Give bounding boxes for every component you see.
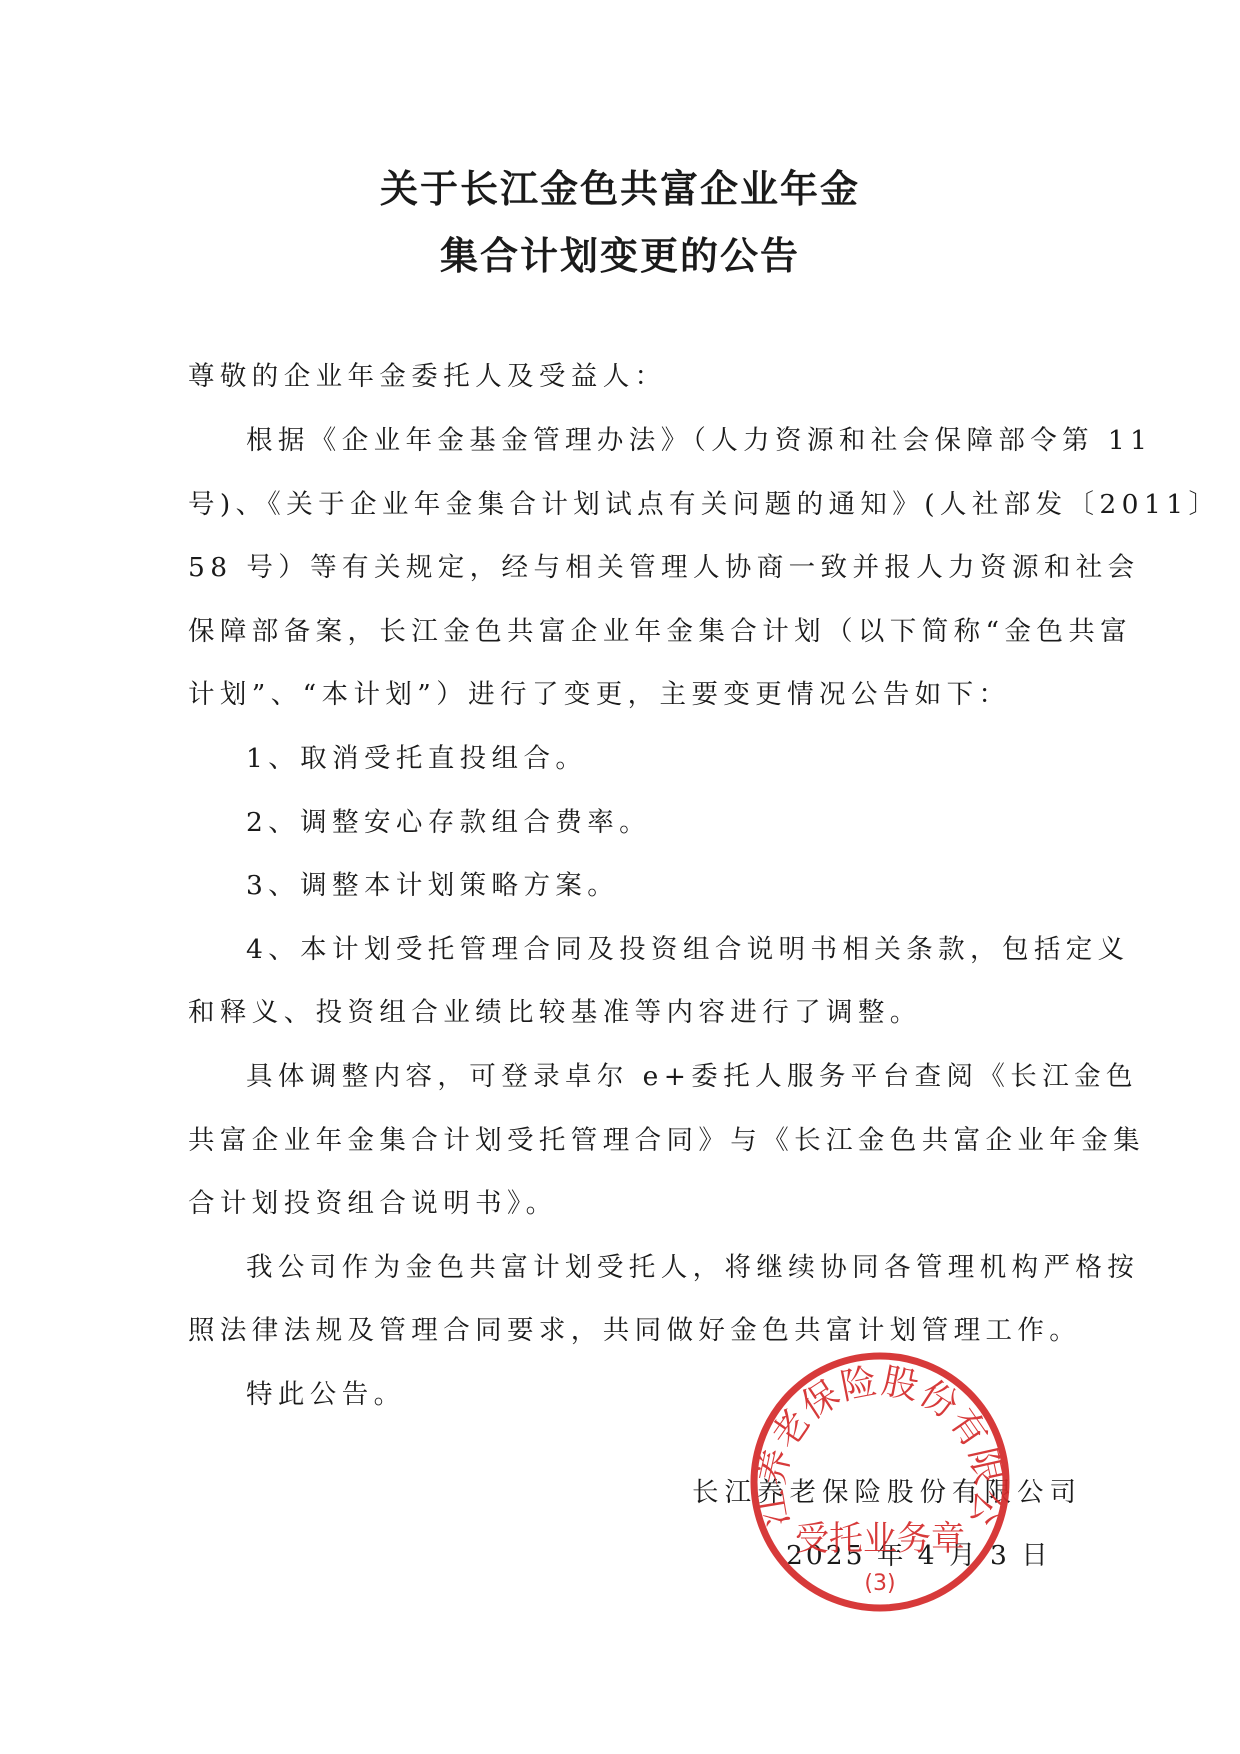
- body-line: 计划”、“本计划”）进行了变更，主要变更情况公告如下：: [188, 678, 1054, 712]
- body-line: 合计划投资组合说明书》。: [188, 1187, 1054, 1221]
- body-line: 根据《企业年金基金管理办法》（人力资源和社会保障部令第 11: [246, 424, 1054, 458]
- body-line: 58 号）等有关规定，经与相关管理人协商一致并报人力资源和社会: [188, 551, 1054, 585]
- body-line: 保障部备案，长江金色共富企业年金集合计划（以下简称“金色共富: [188, 615, 1054, 649]
- official-seal-stamp: 长江养老保险股份有限公司 受托业务章 (3): [748, 1350, 1012, 1614]
- document-page: 关于长江金色共富企业年金 集合计划变更的公告 尊敬的企业年金委托人及受益人： 根…: [0, 0, 1240, 1754]
- document-title-line-1: 关于长江金色共富企业年金: [0, 158, 1240, 213]
- seal-center-text: 受托业务章: [795, 1519, 965, 1559]
- body-line: 具体调整内容，可登录卓尔 e+委托人服务平台查阅《长江金色: [246, 1060, 1054, 1094]
- seal-arc-text: 长江养老保险股份有限公司: [748, 1350, 1009, 1530]
- body-line: 和释义、投资组合业绩比较基准等内容进行了调整。: [188, 996, 1054, 1030]
- body-line: 共富企业年金集合计划受托管理合同》与《长江金色共富企业年金集: [188, 1124, 1054, 1158]
- body-line: 号)、《关于企业年金集合计划试点有关问题的通知》(人社部发〔2011〕: [188, 488, 1054, 522]
- body-line: 2、调整安心存款组合费率。: [246, 806, 1054, 840]
- body-line: 4、本计划受托管理合同及投资组合说明书相关条款，包括定义: [246, 933, 1054, 967]
- body-line: 3、调整本计划策略方案。: [246, 869, 1054, 903]
- body-line: 1、取消受托直投组合。: [246, 742, 1054, 776]
- salutation: 尊敬的企业年金委托人及受益人：: [188, 360, 1054, 394]
- body-line: 照法律法规及管理合同要求，共同做好金色共富计划管理工作。: [188, 1314, 1054, 1348]
- seal-number: (3): [864, 1571, 895, 1596]
- document-title-line-2: 集合计划变更的公告: [0, 225, 1240, 280]
- body-line: 我公司作为金色共富计划受托人，将继续协同各管理机构严格按: [246, 1251, 1054, 1285]
